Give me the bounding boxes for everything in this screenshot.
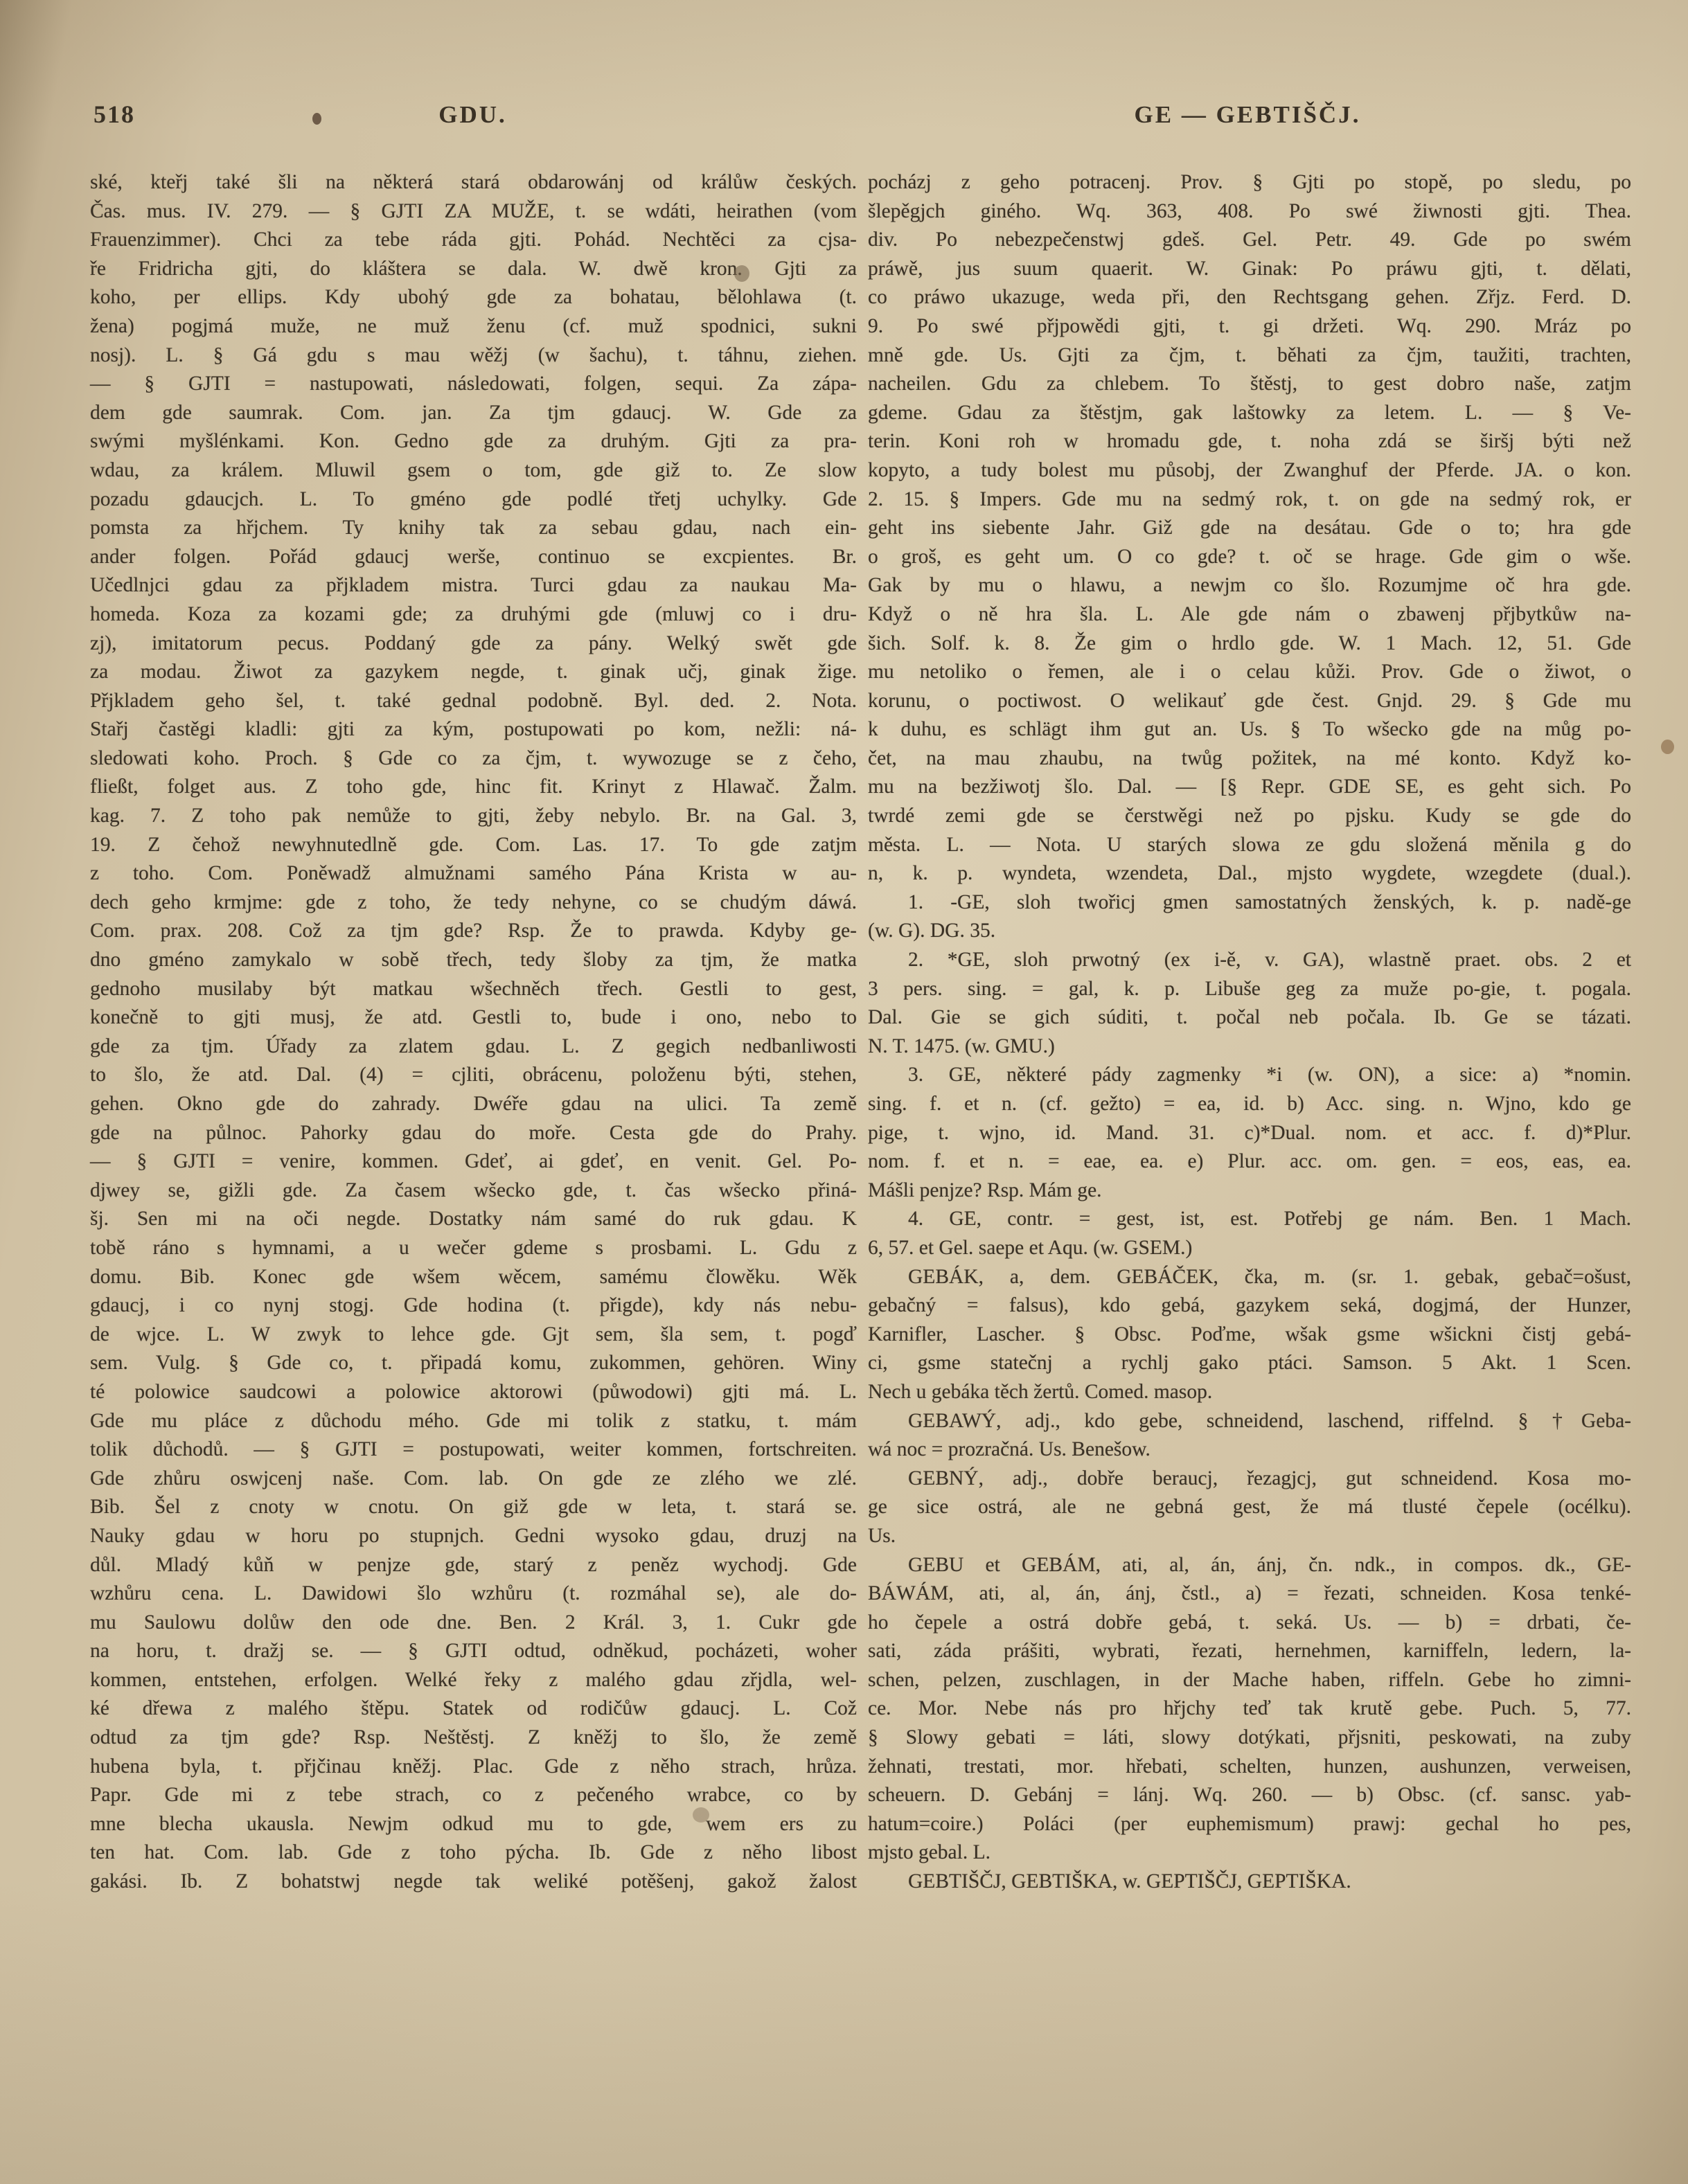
text-line: scheuern. D. Gebánj = lánj. Wq. 260. — b…: [868, 1781, 1631, 1810]
text-line: nom. f. et n. = eae, ea. e) Plur. acc. o…: [868, 1147, 1631, 1176]
text-line: města. L. — Nota. U starých slowa ze gdu…: [868, 831, 1631, 860]
text-line: ci, gsme statečnj a rychlj gako ptáci. S…: [868, 1349, 1631, 1378]
text-line: na horu, t. dražj se. — § GJTI odtud, od…: [90, 1637, 857, 1666]
text-line: GEBTIŠČJ, GEBTIŠKA, w. GEPTIŠČJ, GEPTIŠK…: [868, 1868, 1631, 1897]
text-line: pomsta za hřjchem. Ty knihy tak za sebau…: [90, 514, 857, 543]
text-line: dem gde saumrak. Com. jan. Za tjm gdaucj…: [90, 399, 857, 428]
text-line: 3. GE, některé pády zagmenky *i (w. ON),…: [868, 1061, 1631, 1090]
text-line: mně gde. Us. Gjti za čjm, t. běhati za č…: [868, 341, 1631, 370]
text-line: gakási. Ib. Z bohatstwj negde tak weliké…: [90, 1868, 857, 1897]
text-line: to šlo, že atd. Dal. (4) = cjliti, obrác…: [90, 1061, 857, 1090]
text-line: 9. Po swé přjpowědi gjti, t. gi držeti. …: [868, 312, 1631, 341]
text-line: GEBAWÝ, adj., kdo gebe, schneidend, lasc…: [868, 1407, 1631, 1436]
text-line: ge sice ostrá, ale ne gebná gest, že má …: [868, 1493, 1631, 1522]
text-line: Nech u gebáka těch žertů. Comed. masop.: [868, 1378, 1631, 1407]
text-line: sledowati koho. Proch. § Gde co za čjm, …: [90, 744, 857, 773]
text-line: mu Saulowu dolůw den ode dne. Ben. 2 Krá…: [90, 1609, 857, 1638]
text-line: žena) pogjmá muže, ne muž ženu (cf. muž …: [90, 312, 857, 341]
text-line: § Slowy gebati = láti, slowy dotýkati, p…: [868, 1724, 1631, 1753]
text-line: geht ins siebente Jahr. Giž gde na desát…: [868, 514, 1631, 543]
text-line: Frauenzimmer). Chci za tebe ráda gjti. P…: [90, 226, 857, 255]
text-line: domu. Bib. Konec gde wšem wěcem, samému …: [90, 1263, 857, 1292]
text-line: Karnifler, Lascher. § Obsc. Poďme, wšak …: [868, 1321, 1631, 1350]
page-header: 518 GDU. GE — GEBTIŠČJ.: [0, 0, 1688, 138]
left-column: ské, kteřj také šli na některá stará obd…: [90, 168, 857, 1897]
text-line: konečně to gjti musj, že atd. Gestli to,…: [90, 1003, 857, 1032]
header-left-title: GDU.: [90, 101, 855, 129]
text-line: gde na půlnoc. Pahorky gdau do moře. Ces…: [90, 1119, 857, 1148]
text-line: ce. Mor. Nebe nás pro hřjchy teď tak kru…: [868, 1694, 1631, 1724]
text-line: šj. Sen mi na oči negde. Dostatky nám sa…: [90, 1205, 857, 1234]
text-line: ander folgen. Pořád gdaucj werše, contin…: [90, 543, 857, 572]
text-line: sem. Vulg. § Gde co, t. připadá komu, zu…: [90, 1349, 857, 1378]
text-line: žehnati, trestati, mor. hřebati, schelte…: [868, 1753, 1631, 1782]
text-line: 19. Z čehož newyhnutedlně gde. Com. Las.…: [90, 831, 857, 860]
text-line: Stařj častěgi kladli: gjti za kým, postu…: [90, 715, 857, 744]
text-line: té polowice saudcowi a polowice aktorowi…: [90, 1378, 857, 1407]
text-line: nosj). L. § Gá gdu s mau wěžj (w šachu),…: [90, 341, 857, 370]
text-line: pozadu gdaucjch. L. To gméno gde podlé t…: [90, 485, 857, 514]
text-line: kopyto, a tudy bolest mu působj, der Zwa…: [868, 456, 1631, 485]
text-line: GEBNÝ, adj., dobře beraucj, řezagjcj, gu…: [868, 1465, 1631, 1494]
text-line: o groš, es geht um. O co gde? t. oč se h…: [868, 543, 1631, 572]
text-line: 2. 15. § Impers. Gde mu na sedmý rok, t.…: [868, 485, 1631, 514]
text-line: pige, t. wjno, id. Mand. 31. c)*Dual. no…: [868, 1119, 1631, 1148]
ink-speck: [312, 113, 321, 125]
text-line: pocházj z geho potracenj. Prov. § Gjti p…: [868, 168, 1631, 197]
text-line: Gde zhůru oswjcenj naše. Com. lab. On gd…: [90, 1465, 857, 1494]
text-line: tobě ráno s hymnami, a u wečer gdeme s p…: [90, 1234, 857, 1263]
ink-speck: [693, 1807, 709, 1823]
right-column: pocházj z geho potracenj. Prov. § Gjti p…: [868, 168, 1631, 1897]
text-line: gdaucj, i co nynj stogj. Gde hodina (t. …: [90, 1291, 857, 1321]
text-line: nacheilen. Gdu za chlebem. To štěstj, to…: [868, 370, 1631, 399]
text-line: důl. Mladý kůň w penjze gde, starý z pen…: [90, 1551, 857, 1580]
text-line: kommen, entstehen, erfolgen. Welké řeky …: [90, 1666, 857, 1695]
text-line: GEBÁK, a, dem. GEBÁČEK, čka, m. (sr. 1. …: [868, 1263, 1631, 1292]
text-line: 4. GE, contr. = gest, ist, est. Potřebj …: [868, 1205, 1631, 1234]
text-line: BÁWÁM, ati, al, án, ánj, čstl., a) = řez…: [868, 1579, 1631, 1609]
text-line: — § GJTI = nastupowati, následowati, fol…: [90, 370, 857, 399]
text-line: za modau. Žiwot za gazykem negde, t. gin…: [90, 658, 857, 687]
text-line: terin. Koni roh w hromadu gde, t. noha z…: [868, 427, 1631, 456]
text-line: GEBU et GEBÁM, ati, al, án, ánj, čn. ndk…: [868, 1551, 1631, 1580]
text-line: dech geho krmjme: gde z toho, že tedy ne…: [90, 888, 857, 918]
text-line: div. Po nebezpečenstwj gdeš. Gel. Petr. …: [868, 226, 1631, 255]
text-line: mne blecha ukausla. Newjm odkud mu to gd…: [90, 1810, 857, 1839]
text-line: sing. f. et n. (cf. gežto) = ea, id. b) …: [868, 1090, 1631, 1119]
dictionary-page: 518 GDU. GE — GEBTIŠČJ. ské, kteřj také …: [0, 0, 1688, 2184]
text-line: — § GJTI = venire, kommen. Gdeť, ai gdeť…: [90, 1147, 857, 1176]
text-line: Gak by mu o hlawu, a newjm co šlo. Rozum…: [868, 571, 1631, 600]
text-line: šich. Solf. k. 8. Že gim o hrdlo gde. W.…: [868, 629, 1631, 659]
text-line: Dal. Gie se gich súditi, t. počal neb po…: [868, 1003, 1631, 1032]
text-line: mu netoliko o řemen, ale i o celau kůži.…: [868, 658, 1631, 687]
text-line: (w. G). DG. 35.: [868, 917, 1631, 946]
text-line: wdau, za králem. Mluwil gsem o tom, gde …: [90, 456, 857, 485]
text-line: ten hat. Com. lab. Gde z toho pýcha. Ib.…: [90, 1838, 857, 1868]
text-line: djwey se, gižli gde. Za časem wšecko gde…: [90, 1176, 857, 1206]
text-line: 1. -GE, sloh twořicj gmen samostatných ž…: [868, 888, 1631, 918]
text-line: dno gméno zamykalo w sobě třech, tedy šl…: [90, 946, 857, 975]
text-columns: ské, kteřj také šli na některá stará obd…: [90, 168, 1631, 1897]
text-line: zj), imitatorum pecus. Poddaný gde za pá…: [90, 629, 857, 659]
text-line: Bib. Šel z cnoty w cnotu. On giž gde w l…: [90, 1493, 857, 1522]
text-line: Us.: [868, 1522, 1631, 1551]
text-line: swými myšlénkami. Kon. Gedno gde za druh…: [90, 427, 857, 456]
ink-speck: [1661, 740, 1674, 754]
text-line: kag. 7. Z toho pak nemůže to gjti, žeby …: [90, 802, 857, 831]
text-line: gehen. Okno gde do zahrady. Dwéře gdau n…: [90, 1090, 857, 1119]
text-line: čet, na mau zhaubu, na twůg požitek, na …: [868, 744, 1631, 773]
text-line: wzhůru cena. L. Dawidowi šlo wzhůru (t. …: [90, 1579, 857, 1609]
text-line: gde za tjm. Úřady za zlatem gdau. L. Z g…: [90, 1032, 857, 1062]
text-line: ho čepele a ostrá dobře gebá, t. seká. U…: [868, 1609, 1631, 1638]
text-line: Com. prax. 208. Což za tjm gde? Rsp. Že …: [90, 917, 857, 946]
text-line: z toho. Com. Poněwadž almužnami samého P…: [90, 859, 857, 888]
text-line: korunu, o poctiwost. O welikauť gde čest…: [868, 687, 1631, 716]
text-line: gdeme. Gdau za štěstjm, gak laštowky za …: [868, 399, 1631, 428]
text-line: fließt, folget aus. Z toho gde, hinc fit…: [90, 773, 857, 802]
text-line: k duhu, es schlägt ihm gut an. Us. § To …: [868, 715, 1631, 744]
text-line: 3 pers. sing. = gal, k. p. Libuše geg za…: [868, 975, 1631, 1004]
text-line: N. T. 1475. (w. GMU.): [868, 1032, 1631, 1062]
text-line: n, k. p. wyndeta, wzendeta, Dal., mjsto …: [868, 859, 1631, 888]
text-line: Učedlnjci gdau za přjkladem mistra. Turc…: [90, 571, 857, 600]
text-line: tolik důchodů. — § GJTI = postupowati, w…: [90, 1435, 857, 1465]
text-line: de wjce. L. W zwyk to lehce gde. Gjt sem…: [90, 1321, 857, 1350]
text-line: wá noc = prozračná. Us. Benešow.: [868, 1435, 1631, 1465]
text-line: ské, kteřj také šli na některá stará obd…: [90, 168, 857, 197]
text-line: sati, záda prášiti, wybrati, řezati, her…: [868, 1637, 1631, 1666]
text-line: Čas. mus. IV. 279. — § GJTI ZA MUŽE, t. …: [90, 197, 857, 226]
text-line: mu na bezžiwotj šlo. Dal. — [§ Repr. GDE…: [868, 773, 1631, 802]
text-line: hatum=coire.) Poláci (per euphemismum) p…: [868, 1810, 1631, 1839]
text-line: šlepěgjch giného. Wq. 363, 408. Po swé ž…: [868, 197, 1631, 226]
text-line: Nauky gdau w horu po stupnjch. Gedni wys…: [90, 1522, 857, 1551]
text-line: twrdé zemi gde se čerstwěgi než po pjsku…: [868, 802, 1631, 831]
text-line: gebačný = falsus), kdo gebá, gazykem sek…: [868, 1291, 1631, 1321]
text-line: hubena byla, t. přjčinau kněžj. Plac. Gd…: [90, 1753, 857, 1782]
text-line: homeda. Koza za kozami gde; za druhými g…: [90, 600, 857, 629]
ink-speck: [734, 265, 749, 282]
text-line: koho, per ellips. Kdy ubohý gde za bohat…: [90, 283, 857, 312]
text-line: Když o ně hra šla. L. Ale gde nám o zbaw…: [868, 600, 1631, 629]
text-line: co práwo ukazuge, weda při, den Rechtsga…: [868, 283, 1631, 312]
text-line: gednoho musilaby být matkau wšechněch tř…: [90, 975, 857, 1004]
text-line: Papr. Gde mi z tebe strach, co z pečenéh…: [90, 1781, 857, 1810]
text-line: mjsto gebal. L.: [868, 1838, 1631, 1868]
header-right-title: GE — GEBTIŠČJ.: [867, 101, 1628, 129]
text-line: práwě, jus suum quaerit. W. Ginak: Po pr…: [868, 255, 1631, 284]
text-line: Mášli penjze? Rsp. Mám ge.: [868, 1176, 1631, 1206]
text-line: schen, pelzen, zuschlagen, in der Mache …: [868, 1666, 1631, 1695]
text-line: ké dřewa z malého štěpu. Statek od rodič…: [90, 1694, 857, 1724]
text-line: Gde mu pláce z důchodu mého. Gde mi toli…: [90, 1407, 857, 1436]
text-line: 6, 57. et Gel. saepe et Aqu. (w. GSEM.): [868, 1234, 1631, 1263]
text-line: Přjkladem geho šel, t. také gednal podob…: [90, 687, 857, 716]
text-line: odtud za tjm gde? Rsp. Neštěstj. Z kněžj…: [90, 1724, 857, 1753]
text-line: 2. *GE, sloh prwotný (ex i-ě, v. GA), wl…: [868, 946, 1631, 975]
